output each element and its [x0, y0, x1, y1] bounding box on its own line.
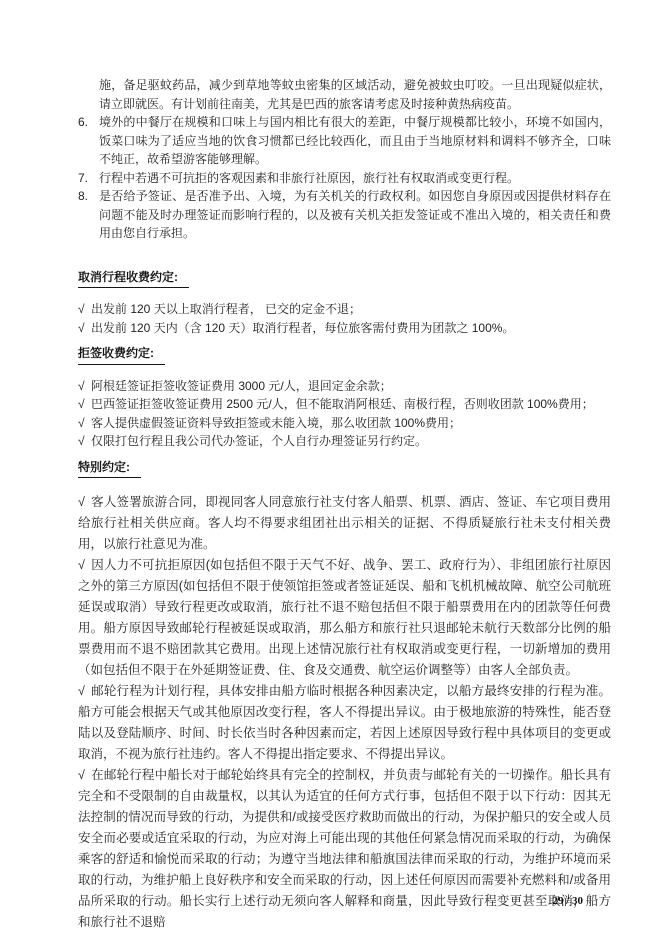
- item-number: 6.: [78, 113, 88, 132]
- check-bullet-icon: √: [78, 319, 91, 338]
- bullet-item: √仅限打包行程且我公司代办签证，个人自行办理签证另行约定。: [78, 432, 611, 451]
- bullet-item: √因人力不可抗拒原因(如包括但不限于天气不好、战争、罢工、政府行为）、非组团旅行…: [78, 555, 611, 681]
- bullet-item: √客人签署旅游合同，即视同客人同意旅行社支付客人船票、机票、酒店、签证、车它项目…: [78, 492, 611, 555]
- item-number: 8.: [78, 187, 88, 206]
- check-bullet-icon: √: [78, 300, 91, 319]
- bullet-item: √巴西签证拒签收签证费用 2500 元/人，但不能取消阿根廷、南极行程，否则收团…: [78, 395, 611, 414]
- bullet-text: 客人签署旅游合同，即视同客人同意旅行社支付客人船票、机票、酒店、签证、车它项目费…: [78, 495, 611, 551]
- item-text: 是否给予签证、是否准予出、入境，为有关机关的行政权利。如因您自身原因或因提供材料…: [99, 189, 611, 240]
- bullet-text: 巴西签证拒签收签证费用 2500 元/人，但不能取消阿根廷、南极行程，否则收团款…: [91, 397, 594, 411]
- bullet-item: √邮轮行程为计划行程，具体安排由船方临时根据各种因素决定，以船方最终安排的行程为…: [78, 681, 611, 765]
- bullet-text: 在邮轮行程中船长对于邮轮始终具有完全的控制权，并负责与邮轮有关的一切操作。船长具…: [78, 768, 611, 929]
- numbered-item-8: 8. 是否给予签证、是否准予出、入境，为有关机关的行政权利。如因您自身原因或因提…: [78, 187, 611, 243]
- section-heading: 拒签收费约定:: [78, 344, 611, 365]
- bullet-item: √阿根廷签证拒签收签证费用 3000 元/人，退回定金余款；: [78, 377, 611, 396]
- numbered-item-6: 6. 境外的中餐厅在规模和口味上与国内相比有很大的差距，中餐厅规模都比较小，环境…: [78, 113, 611, 169]
- check-bullet-icon: √: [78, 492, 91, 513]
- check-bullet-icon: √: [78, 765, 91, 786]
- bullet-item: √在邮轮行程中船长对于邮轮始终具有完全的控制权，并负责与邮轮有关的一切操作。船长…: [78, 765, 611, 933]
- item-5-continuation-text: 施，备足驱蚊药品，减少到草地等蚊虫密集的区域活动，避免被蚊虫叮咬。一旦出现疑似症…: [78, 76, 611, 113]
- bullet-text: 阿根廷签证拒签收签证费用 3000 元/人，退回定金余款；: [91, 379, 392, 393]
- check-bullet-icon: √: [78, 681, 91, 702]
- bullet-text: 客人提供虚假签证资料导致拒签或未能入境，那么收团款 100%费用；: [91, 416, 461, 430]
- check-bullet-icon: √: [78, 414, 91, 433]
- item-text: 境外的中餐厅在规模和口味上与国内相比有很大的差距，中餐厅规模都比较小，环境不如国…: [99, 115, 611, 166]
- check-bullet-icon: √: [78, 377, 91, 396]
- check-bullet-icon: √: [78, 395, 91, 414]
- numbered-item-7: 7. 行程中若遇不可抗拒的客观因素和非旅行社原因，旅行社有权取消或变更行程。: [78, 169, 611, 188]
- bullet-text: 邮轮行程为计划行程，具体安排由船方临时根据各种因素决定，以船方最终安排的行程为准…: [78, 684, 611, 761]
- section-heading-text: 特别约定:: [78, 458, 141, 479]
- document-body: 施，备足驱蚊药品，减少到草地等蚊虫密集的区域活动，避免被蚊虫叮咬。一旦出现疑似症…: [78, 76, 611, 933]
- item-text: 行程中若遇不可抗拒的客观因素和非旅行社原因，旅行社有权取消或变更行程。: [99, 171, 519, 185]
- check-bullet-icon: √: [78, 432, 91, 451]
- bullet-text: 仅限打包行程且我公司代办签证，个人自行办理签证另行约定。: [91, 434, 427, 448]
- section-cancellation-fees: 取消行程收费约定: √出发前 120 天以上取消行程者， 已交的定金不退； √出…: [78, 268, 611, 338]
- section-visa-rejection-fees: 拒签收费约定: √阿根廷签证拒签收签证费用 3000 元/人，退回定金余款； √…: [78, 344, 611, 451]
- bullet-item: √客人提供虚假签证资料导致拒签或未能入境，那么收团款 100%费用；: [78, 414, 611, 433]
- check-bullet-icon: √: [78, 555, 91, 576]
- section-heading-text: 取消行程收费约定:: [78, 268, 189, 289]
- bullet-item: √出发前 120 天以上取消行程者， 已交的定金不退；: [78, 300, 611, 319]
- item-number: 7.: [78, 169, 88, 188]
- bullet-text: 因人力不可抗拒原因(如包括但不限于天气不好、战争、罢工、政府行为）、非组团旅行社…: [78, 558, 611, 677]
- section-heading: 特别约定:: [78, 458, 611, 479]
- bullet-text: 出发前 120 天以上取消行程者， 已交的定金不退；: [91, 302, 361, 316]
- page-number: 29 / 30: [552, 895, 583, 907]
- bullet-item: √出发前 120 天内（含 120 天）取消行程者，每位旅客需付费用为团款之 1…: [78, 319, 611, 338]
- bullet-text: 出发前 120 天内（含 120 天）取消行程者，每位旅客需付费用为团款之 10…: [91, 321, 514, 335]
- section-heading-text: 拒签收费约定:: [78, 344, 165, 365]
- page-number-text: 29 / 30: [552, 895, 583, 907]
- section-heading: 取消行程收费约定:: [78, 268, 611, 289]
- section-special-terms: 特别约定: √客人签署旅游合同，即视同客人同意旅行社支付客人船票、机票、酒店、签…: [78, 458, 611, 934]
